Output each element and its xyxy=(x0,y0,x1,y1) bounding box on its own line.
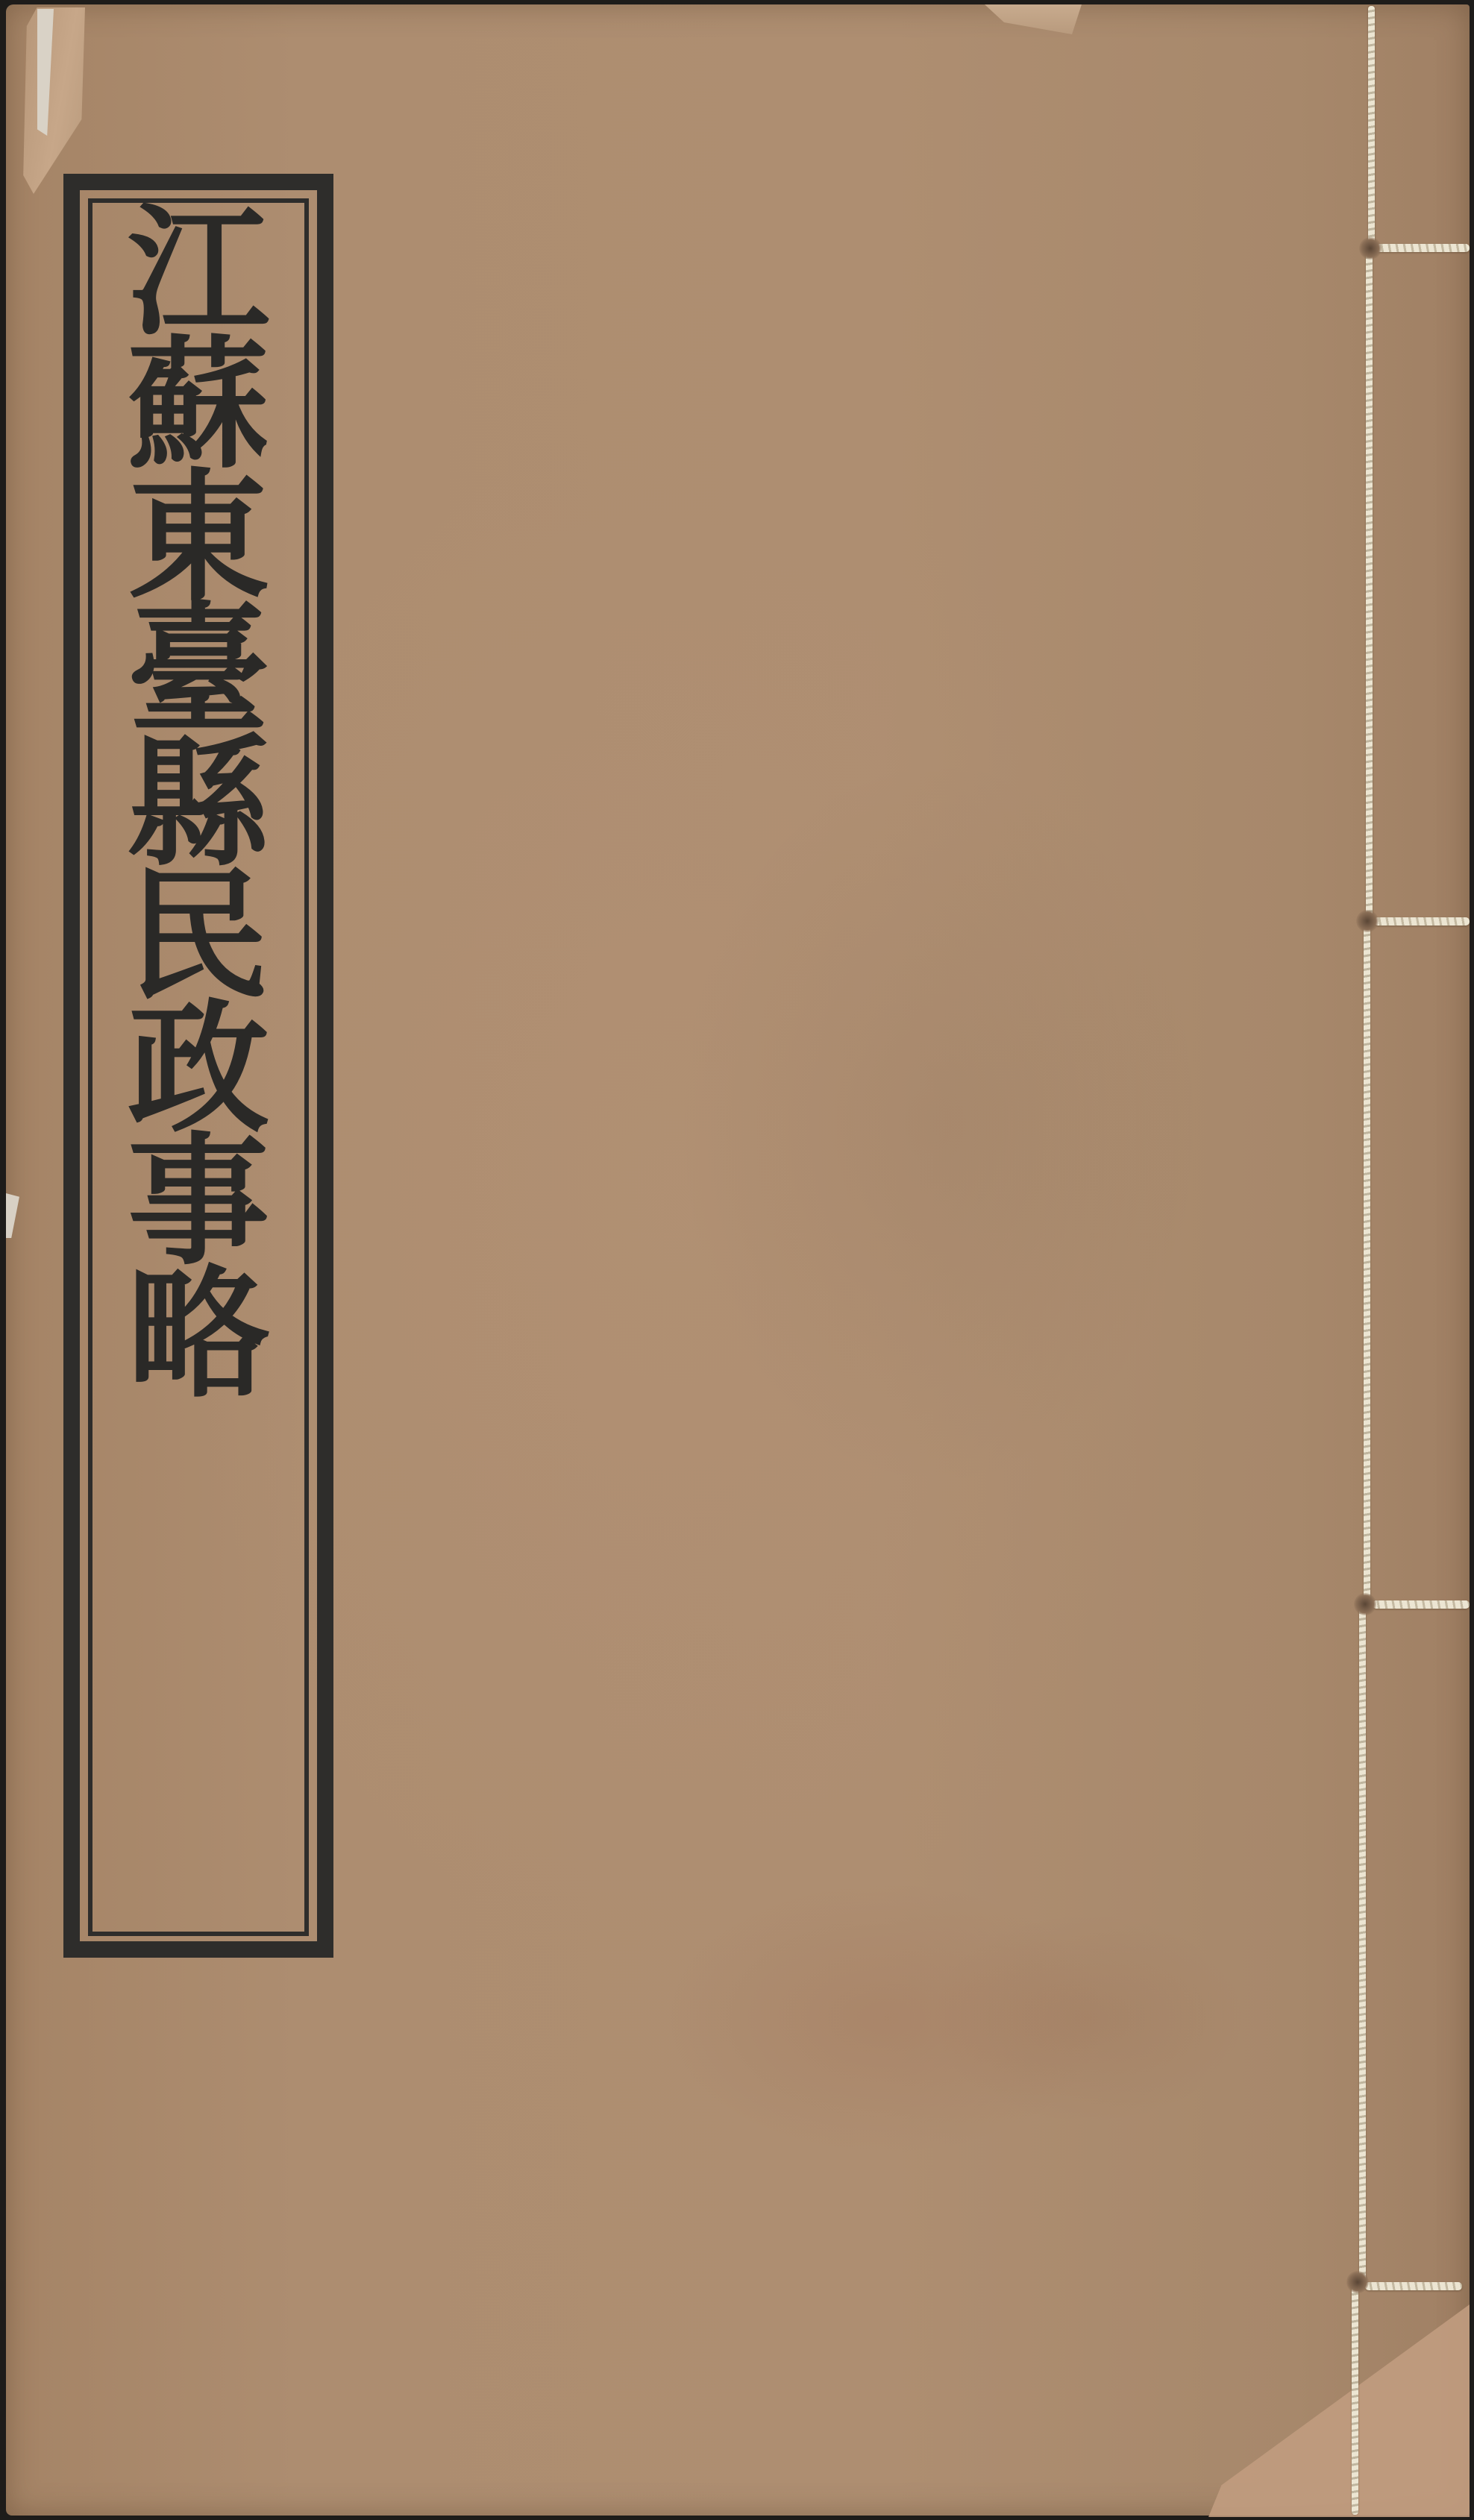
binding-thread-vertical xyxy=(1352,2282,1358,2515)
binding-thread-vertical xyxy=(1359,1607,1366,2282)
title-char: 東 xyxy=(109,471,288,604)
binding-thread-horizontal xyxy=(1365,2282,1462,2290)
title-char: 江 xyxy=(109,206,288,339)
binding-knot xyxy=(1346,2271,1369,2293)
binding-thread-vertical xyxy=(1368,6,1375,252)
title-char: 民 xyxy=(109,870,288,1002)
book-title: 江 蘇 東 臺 縣 民 政 事 略 xyxy=(88,198,309,1399)
binding-thread-horizontal xyxy=(1376,244,1470,252)
binding-knot xyxy=(1354,1593,1376,1615)
title-char: 略 xyxy=(109,1268,288,1401)
binding-knot xyxy=(1356,910,1379,932)
title-char: 縣 xyxy=(109,737,288,870)
binding-thread-vertical xyxy=(1366,252,1373,923)
title-char: 事 xyxy=(109,1135,288,1268)
title-char: 臺 xyxy=(109,604,288,737)
binding-thread-horizontal xyxy=(1374,917,1470,926)
binding-thread-vertical xyxy=(1364,923,1370,1606)
title-char: 蘇 xyxy=(109,339,288,471)
title-char: 政 xyxy=(109,1002,288,1135)
binding-thread-horizontal xyxy=(1373,1600,1470,1609)
binding-knot xyxy=(1359,237,1382,260)
